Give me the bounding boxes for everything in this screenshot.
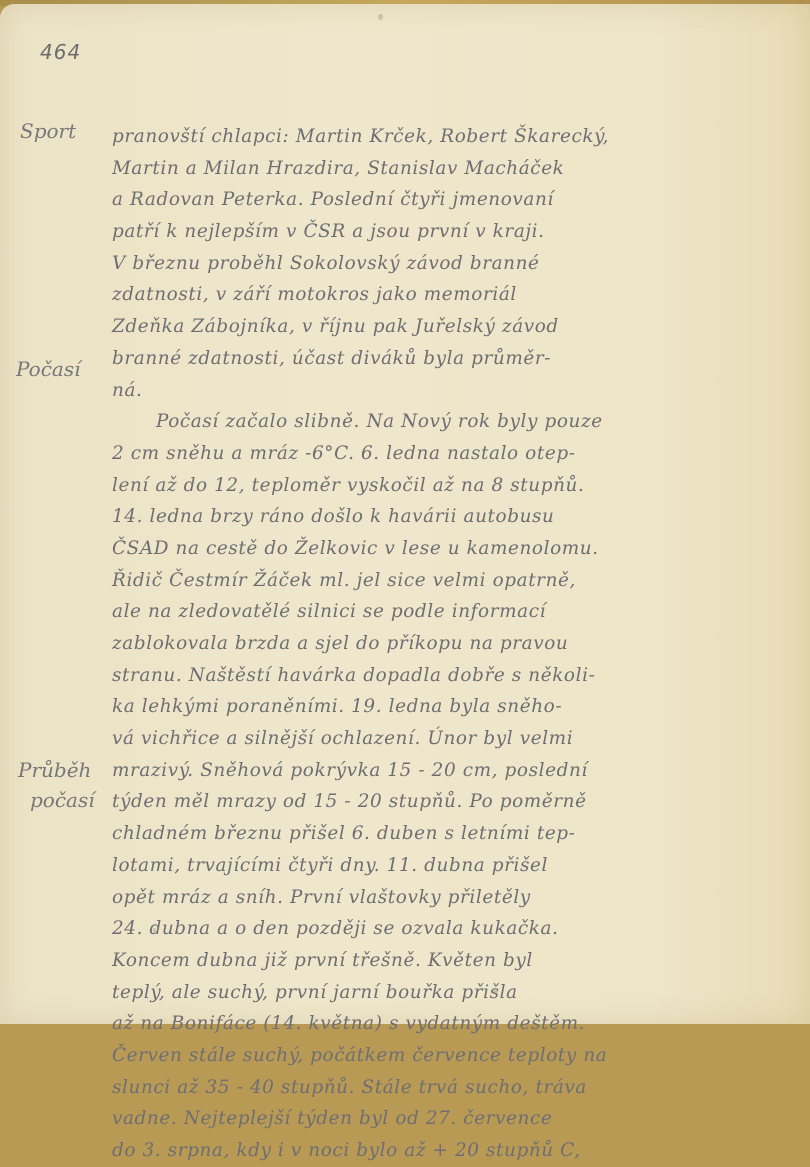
paper-speck [493,989,498,994]
text-line: zablokovala brzda a sjel do příkopu na p… [112,628,724,660]
text-line: opět mráz a sníh. První vlaštovky přilet… [112,882,724,914]
text-line: Počasí začalo slibně. Na Nový rok byly p… [112,406,724,438]
text-line: ČSAD na cestě do Želkovic v lese u kamen… [112,533,724,565]
page-number: 464 [40,40,81,64]
handwritten-body: pranovští chlapci: Martin Krček, Robert … [112,121,724,1024]
text-line: týden měl mrazy od 15 - 20 stupňů. Po po… [112,786,724,818]
text-line: ka lehkými poraněními. 19. ledna byla sn… [112,691,724,723]
text-line: vá vichřice a silnější ochlazení. Únor b… [112,723,724,755]
text-line: ale na zledovatělé silnici se podle info… [112,596,724,628]
text-line: 24. dubna a o den později se ozvala kuka… [112,913,724,945]
text-line: chladném březnu přišel 6. duben s letním… [112,818,724,850]
chronicle-page: 464 Sport Počasí Průběh počasí pranovští… [0,4,810,1024]
text-line: Zdeňka Zábojníka, v říjnu pak Juřelský z… [112,311,724,343]
text-line: stranu. Naštěstí havárka dopadla dobře s… [112,660,724,692]
text-line: lotami, trvajícími čtyři dny. 11. dubna … [112,850,724,882]
text-line: ná. [112,375,724,407]
text-line: mrazivý. Sněhová pokrývka 15 - 20 cm, po… [112,755,724,787]
margin-note-weather: Počasí [16,356,80,382]
text-line: branné zdatnosti, účast diváků byla prům… [112,343,724,375]
text-line: lení až do 12, teploměr vyskočil až na 8… [112,470,724,502]
margin-note-weather-course-2: počasí [30,787,95,813]
text-line: Martin a Milan Hrazdira, Stanislav Machá… [112,153,724,185]
text-line: teplý, ale suchý, první jarní bouřka při… [112,977,724,1009]
margin-note-sport: Sport [20,118,76,144]
margin-note-weather-course-1: Průběh [18,757,91,783]
text-line: 14. ledna brzy ráno došlo k havárii auto… [112,501,724,533]
paper-speck [153,928,156,933]
text-line: a Radovan Peterka. Poslední čtyři jmenov… [112,184,724,216]
text-line: zdatnosti, v září motokros jako memoriál [112,279,724,311]
text-line: 2 cm sněhu a mráz -6°C. 6. ledna nastalo… [112,438,724,470]
text-line: Řidič Čestmír Žáček ml. jel sice velmi o… [112,565,724,597]
paper-speck [378,14,383,20]
text-line: Koncem dubna již první třešně. Květen by… [112,945,724,977]
text-line: V březnu proběhl Sokolovský závod branné [112,248,724,280]
text-line: až na Bonifáce (14. května) s vydatným d… [112,1008,724,1024]
text-line: patří k nejlepším v ČSR a jsou první v k… [112,216,724,248]
text-line: pranovští chlapci: Martin Krček, Robert … [112,121,724,153]
